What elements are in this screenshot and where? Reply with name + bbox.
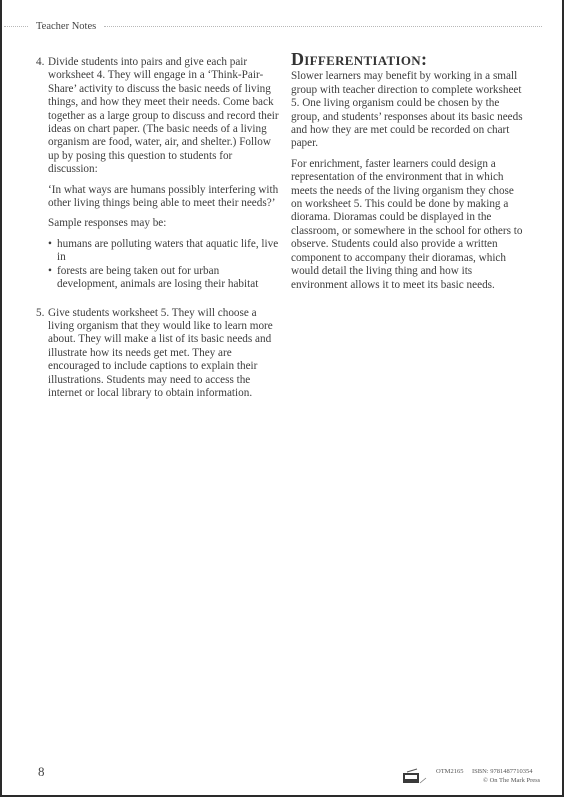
header-dotted-rule-right <box>104 26 542 27</box>
isbn: ISBN: 9781487710354 <box>472 768 533 775</box>
enrichment-paragraph: For enrichment, faster learners could de… <box>291 158 526 292</box>
discussion-question: ‘In what ways are humans possibly interf… <box>48 184 281 211</box>
list-item: •forests are being taken out for urban d… <box>48 265 281 292</box>
sample-intro: Sample responses may be: <box>48 217 281 230</box>
bullet-icon: • <box>48 265 57 292</box>
product-code: OTM2165 <box>436 768 463 775</box>
reproducible-copier-icon <box>402 768 428 784</box>
page-number: 8 <box>38 764 45 780</box>
bullet-icon: • <box>48 238 57 265</box>
instruction-item-5: 5. Give students worksheet 5. They will … <box>36 307 281 408</box>
left-column: 4. Divide students into pairs and give e… <box>36 56 281 414</box>
slower-learners-paragraph: Slower learners may benefit by working i… <box>291 70 526 150</box>
sample-responses-list: •humans are polluting waters that aquati… <box>48 238 281 292</box>
item-text: Divide students into pairs and give each… <box>48 56 281 177</box>
item-number: 4. <box>36 56 48 300</box>
publisher-footer: OTM2165 ISBN: 9781487710354 © On The Mar… <box>402 766 542 792</box>
list-item: •humans are polluting waters that aquati… <box>48 238 281 265</box>
differentiation-heading: Differentiation: <box>291 53 526 66</box>
instruction-item-4: 4. Divide students into pairs and give e… <box>36 56 281 300</box>
right-column: Differentiation: Slower learners may ben… <box>291 53 526 299</box>
header-title: Teacher Notes <box>28 21 104 32</box>
copyright: © On The Mark Press <box>483 777 540 784</box>
item-number: 5. <box>36 307 48 408</box>
item-text: Give students worksheet 5. They will cho… <box>48 307 281 401</box>
header-dotted-rule-left <box>4 26 28 27</box>
document-page: Teacher Notes 4. Divide students into pa… <box>0 0 564 797</box>
page-header: Teacher Notes <box>2 18 542 34</box>
